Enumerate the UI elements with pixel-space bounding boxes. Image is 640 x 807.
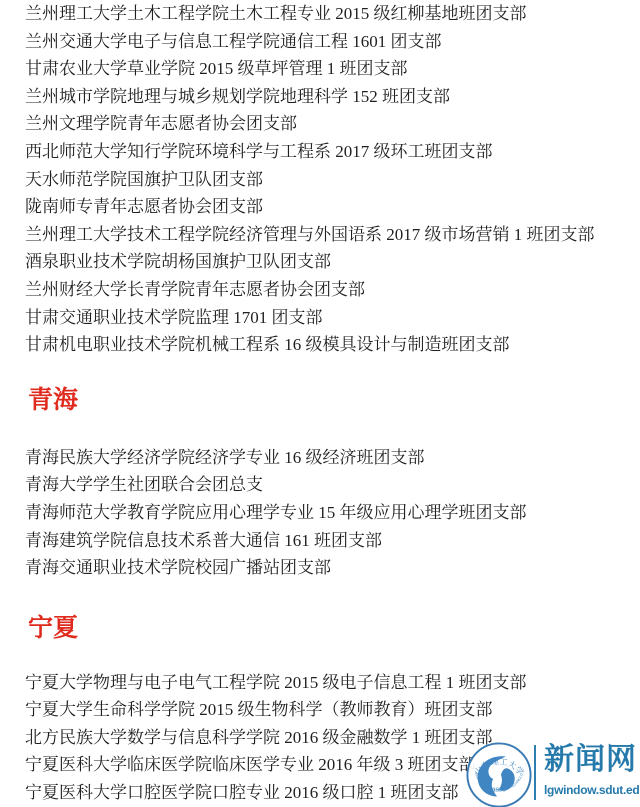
- site-name-label: 新闻网: [544, 743, 640, 777]
- watermark-divider: [534, 745, 536, 800]
- list-item: 青海交通职业技术学院校园广播站团支部: [25, 554, 640, 582]
- seal-year: 1956: [493, 788, 506, 794]
- list-item: 宁夏大学物理与电子电气工程学院 2015 级电子信息工程 1 班团支部: [25, 669, 640, 697]
- list-item: 兰州财经大学长青学院青年志愿者协会团支部: [25, 276, 640, 304]
- list-item: 兰州城市学院地理与城乡规划学院地理科学 152 班团支部: [25, 83, 640, 111]
- list-item: 甘肃交通职业技术学院监理 1701 团支部: [25, 304, 640, 332]
- list-item: 青海师范大学教育学院应用心理学专业 15 年级应用心理学班团支部: [25, 499, 640, 527]
- section-header-ningxia: 宁夏: [0, 611, 640, 645]
- list-item: 天水师范学院国旗护卫队团支部: [25, 166, 640, 194]
- list-item: 兰州交通大学电子与信息工程学院通信工程 1601 团支部: [25, 28, 640, 56]
- list-item: 兰州理工大学土木工程学院土木工程专业 2015 级红柳基地班团支部: [25, 0, 640, 28]
- university-seal-icon: 山东理工大学 SHANDONG UNIVERSITY OF TECHNOLOGY…: [465, 741, 533, 807]
- news-site-watermark: 山东理工大学 SHANDONG UNIVERSITY OF TECHNOLOGY…: [465, 740, 640, 807]
- list-item: 西北师范大学知行学院环境科学与工程系 2017 级环工班团支部: [25, 138, 640, 166]
- list-item: 青海大学学生社团联合会团总支: [25, 471, 640, 499]
- list-item: 兰州文理学院青年志愿者协会团支部: [25, 110, 640, 138]
- list-item: 宁夏大学生命科学学院 2015 级生物科学（教师教育）班团支部: [25, 696, 640, 724]
- document-body: 兰州理工大学土木工程学院土木工程专业 2015 级红柳基地班团支部兰州交通大学电…: [0, 0, 640, 807]
- list-item: 甘肃农业大学草业学院 2015 级草坪管理 1 班团支部: [25, 55, 640, 83]
- site-url-label: lgwindow.sdut.edu.cn: [544, 783, 640, 797]
- branch-list-qinghai: 青海民族大学经济学院经济学专业 16 级经济班团支部青海大学学生社团联合会团总支…: [0, 444, 640, 582]
- list-item: 酒泉职业技术学院胡杨国旗护卫队团支部: [25, 248, 640, 276]
- section-header-qinghai: 青海: [0, 383, 640, 417]
- list-item: 青海建筑学院信息技术系普大通信 161 班团支部: [25, 527, 640, 555]
- branch-list-gansu: 兰州理工大学土木工程学院土木工程专业 2015 级红柳基地班团支部兰州交通大学电…: [0, 0, 640, 359]
- list-item: 青海民族大学经济学院经济学专业 16 级经济班团支部: [25, 444, 640, 472]
- list-item: 甘肃机电职业技术学院机械工程系 16 级模具设计与制造班团支部: [25, 331, 640, 359]
- list-item: 兰州理工大学技术工程学院经济管理与外国语系 2017 级市场营销 1 班团支部: [25, 221, 640, 249]
- list-item: 陇南师专青年志愿者协会团支部: [25, 193, 640, 221]
